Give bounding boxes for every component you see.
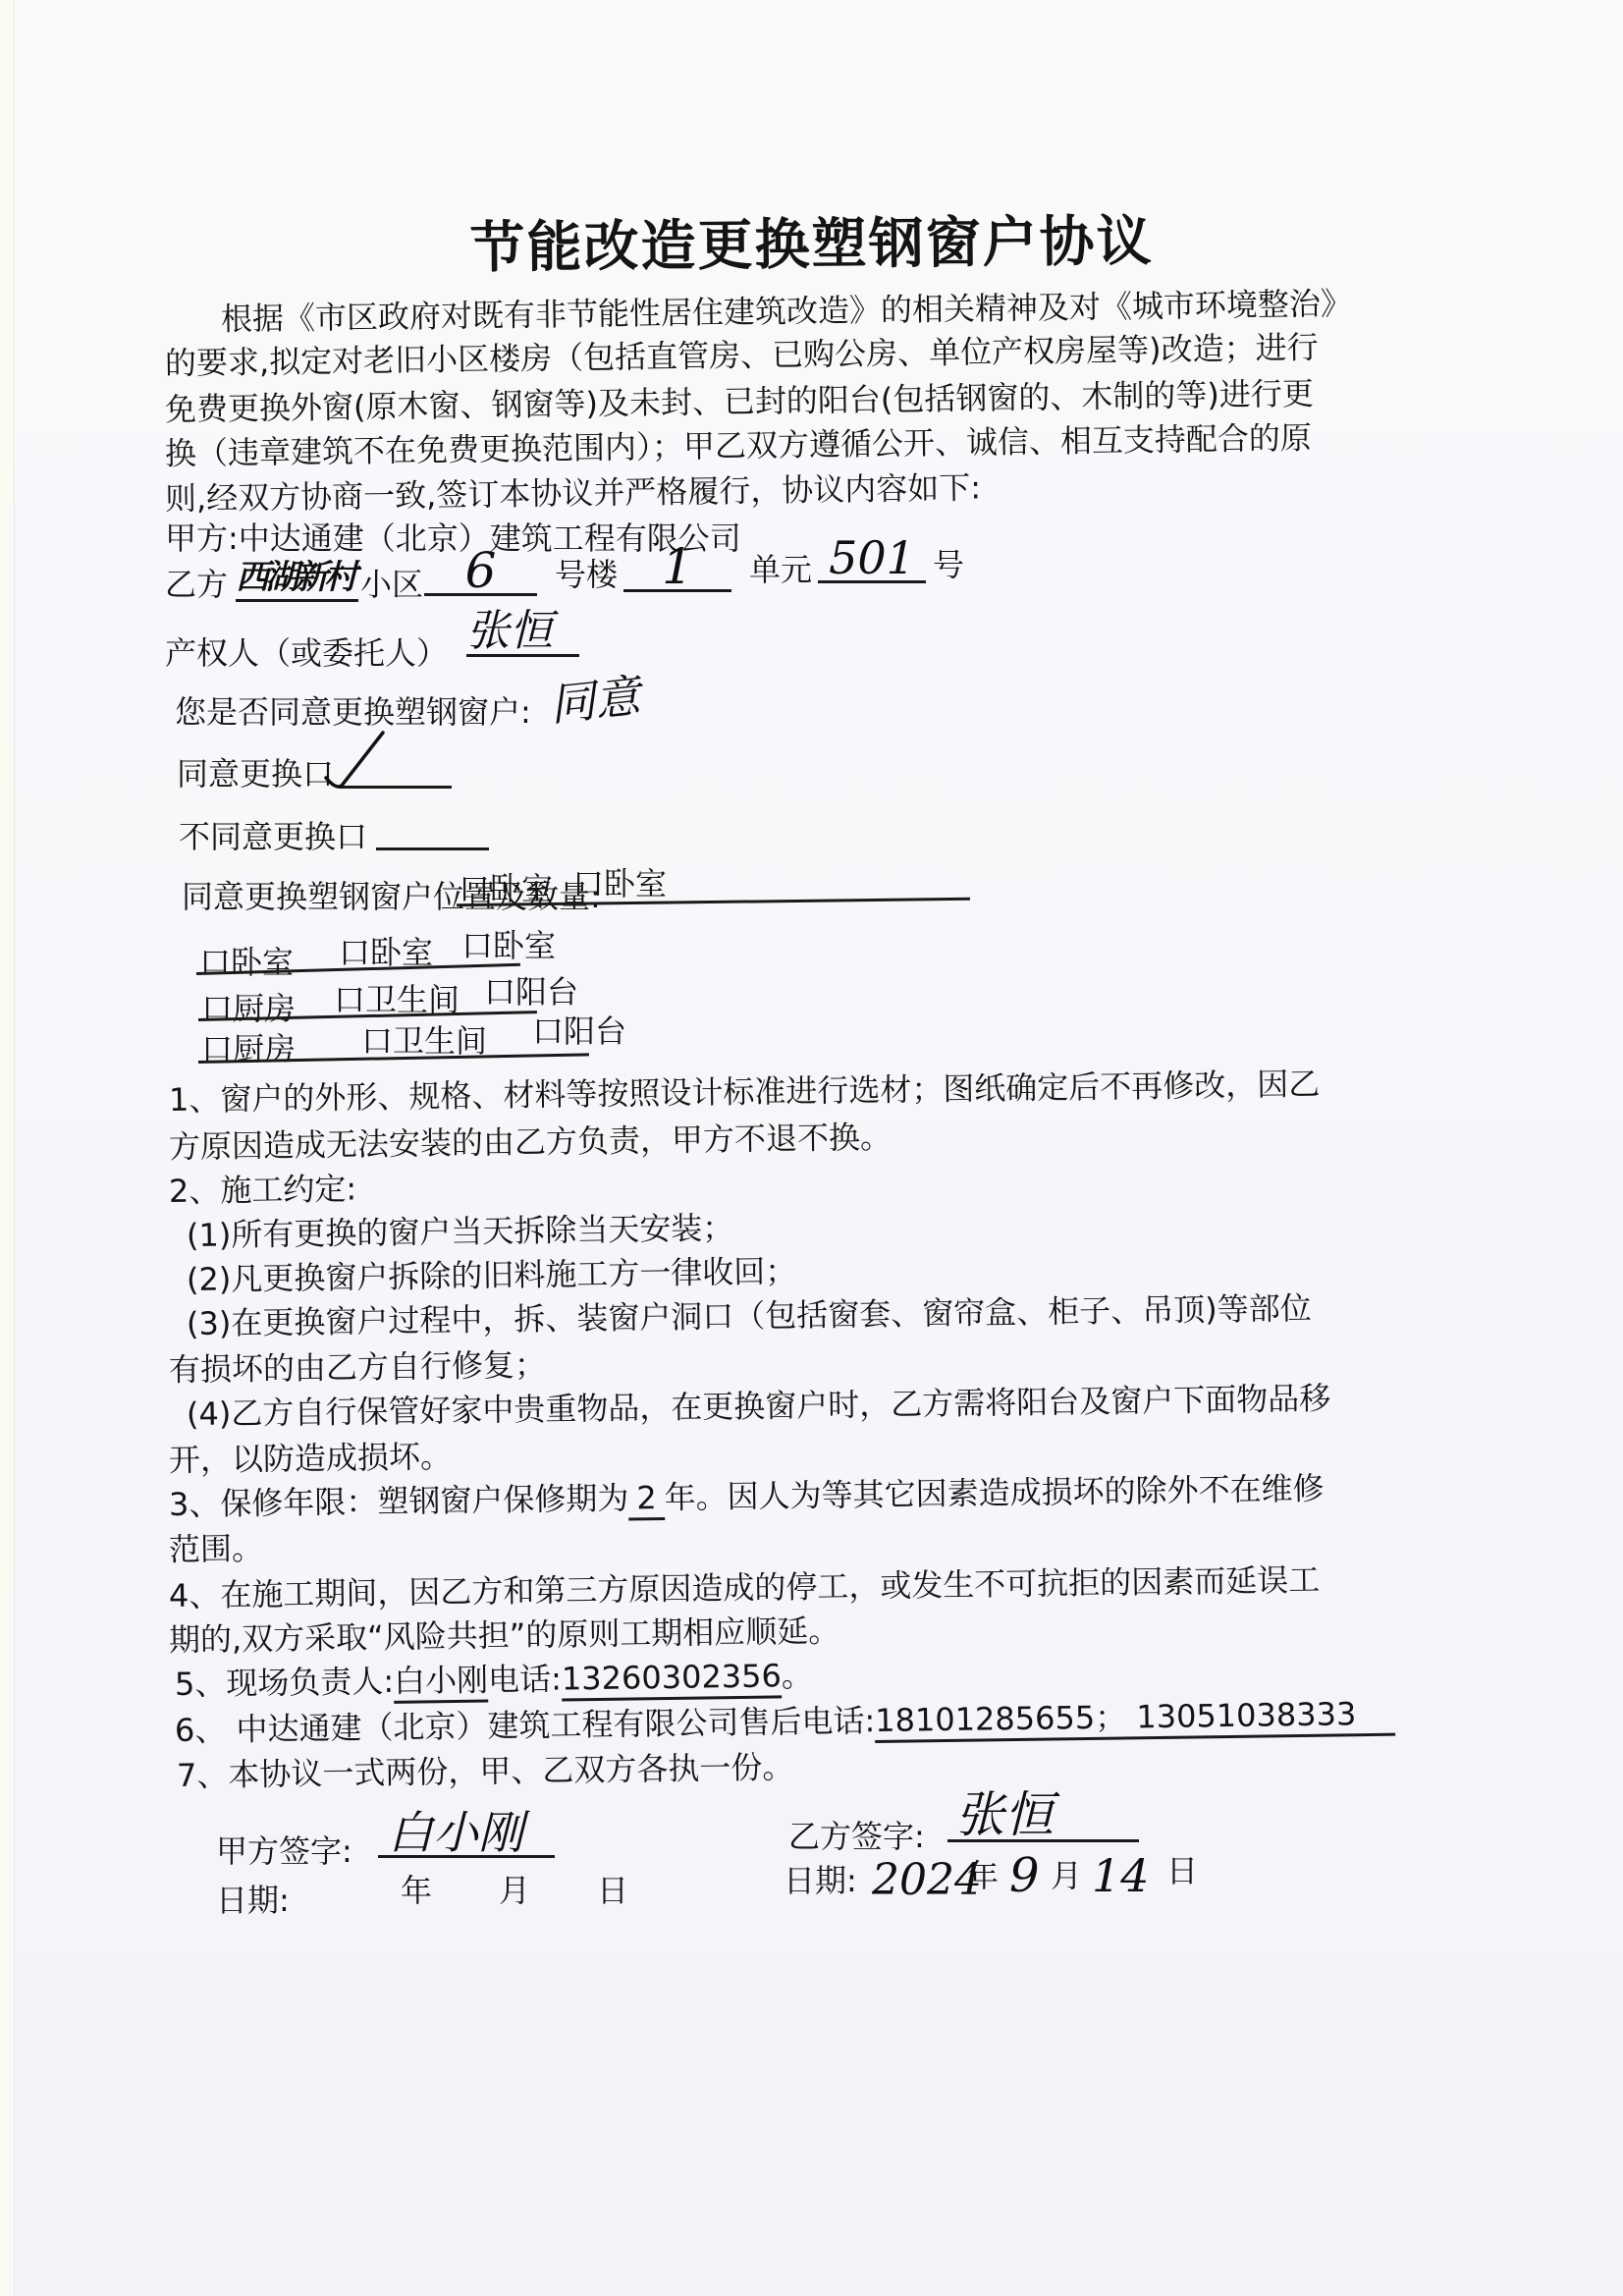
after-sales-phones: 18101285655； 13051038333 [875,1694,1396,1743]
room-suffix: 号 [933,545,964,584]
community-field[interactable]: 西湖新村 [236,556,358,602]
clause-5-prefix: 5、现场负责人: [175,1663,395,1703]
party-a-signature-label: 甲方签字: [216,1831,352,1871]
clause-2-item-4-line-2: 开，以防造成损坏。 [169,1437,453,1480]
building-suffix: 号楼 [555,555,618,594]
consent-question-label: 您是否同意更换塑钢窗户: [175,692,531,732]
party-b-month-label: 月 [1051,1856,1082,1895]
party-b-date-year[interactable]: 2024 [872,1856,982,1905]
clause-5-end: 。 [782,1657,814,1694]
party-b-year-label: 年 [967,1856,999,1895]
unit-number-field[interactable]: 1 [623,542,731,592]
window-loc-r3-c2[interactable]: 口阳台 [532,1011,626,1051]
clause-5-phone-label: 电话: [488,1661,562,1699]
window-loc-r2-c2[interactable]: 口阳台 [484,972,578,1011]
party-a-label: 甲方: [165,519,239,557]
party-b-date-month[interactable]: 9 [1009,1851,1040,1900]
unit-suffix: 单元 [749,550,812,589]
intro-line-5: 则,经双方协商一致,签订本协议并严格履行，协议内容如下: [165,467,982,519]
site-manager-name: 白小刚 [394,1661,489,1704]
owner-name-field[interactable]: 张恒 [466,607,579,657]
party-b-date-label: 日期: [784,1861,857,1900]
warranty-years: 2 [628,1478,665,1521]
clause-3-suffix: 年。因人为等其它因素造成损坏的除外不在维修 [664,1470,1324,1516]
clause-2-heading: 2、施工约定: [169,1169,357,1211]
disagree-blank [376,847,489,850]
disagree-option-label: 不同意更换口 [179,817,367,856]
party-a-signature[interactable]: 白小刚 [378,1807,555,1858]
window-loc-r1-c0[interactable]: 口卧室 [199,943,294,982]
clause-2-item-1: (1)所有更换的窗户当天拆除当天安装； [187,1208,734,1255]
consent-answer[interactable]: 同意 [547,668,642,732]
agree-checkmark-icon[interactable] [322,729,391,793]
clause-1-line-1: 1、窗户的外形、规格、材料等按照设计标准进行选材；图纸确定后不再修改，因乙 [169,1065,1321,1120]
clause-3-prefix: 3、保修年限：塑钢窗户保修期为 [169,1479,629,1523]
clause-3-line-2: 范围。 [169,1529,264,1569]
scanned-page: 节能改造更换塑钢窗户协议 根据《市区政府对既有非节能性居住建筑改造》的相关精神及… [0,0,1623,2296]
window-loc-r1-c2[interactable]: 口卧室 [461,926,556,965]
party-b-signature[interactable]: 张恒 [947,1787,1139,1842]
clause-2-item-3-line-2: 有损坏的由乙方自行修复； [169,1345,547,1390]
window-loc-r0-c1[interactable]: 口卧室 [572,864,667,903]
clause-1-line-2: 方原因造成无法安装的由乙方负责，甲方不退不换。 [169,1118,893,1167]
party-b-signature-label: 乙方签字: [788,1817,925,1856]
document-title: 节能改造更换塑钢窗户协议 [0,192,1623,288]
owner-label: 产权人（或委托人） [165,633,448,673]
clause-2-item-2: (2)凡更换窗户拆除的旧料施工方一律收回； [187,1251,797,1299]
party-a-date-label: 日期: [216,1881,290,1920]
party-a-month-label: 月 [499,1871,530,1910]
room-number-field[interactable]: 501 [818,533,926,583]
scan-edge [0,0,15,2296]
building-number-field[interactable]: 6 [424,546,537,596]
party-a-year-label: 年 [401,1871,432,1910]
party-b-line: 乙方 [165,565,228,624]
agree-option-label: 同意更换口 [177,754,334,793]
window-loc-r2-c0[interactable]: 口厨房 [201,989,296,1028]
party-b-label: 乙方 [165,566,228,603]
site-manager-phone: 13260302356 [562,1656,783,1701]
party-b-day-label: 日 [1166,1851,1198,1890]
clause-4-line-1: 4、在施工期间，因乙方和第三方原因造成的停工，或发生不可抗拒的因素而延误工 [169,1560,1321,1615]
party-b-date-day[interactable]: 14 [1092,1851,1150,1900]
clause-5: 5、现场负责人:白小刚电话:13260302356。 [175,1656,813,1707]
clause-6-prefix: 6、 中达通建（北京）建筑工程有限公司售后电话: [175,1702,876,1749]
party-a-day-label: 日 [597,1871,628,1910]
community-suffix: 小区 [360,565,423,604]
clause-7: 7、本协议一式两份，甲、乙双方各执一份。 [177,1747,794,1795]
clause-4-line-2: 期的,双方采取“风险共担”的原则工期相应顺延。 [169,1611,840,1660]
